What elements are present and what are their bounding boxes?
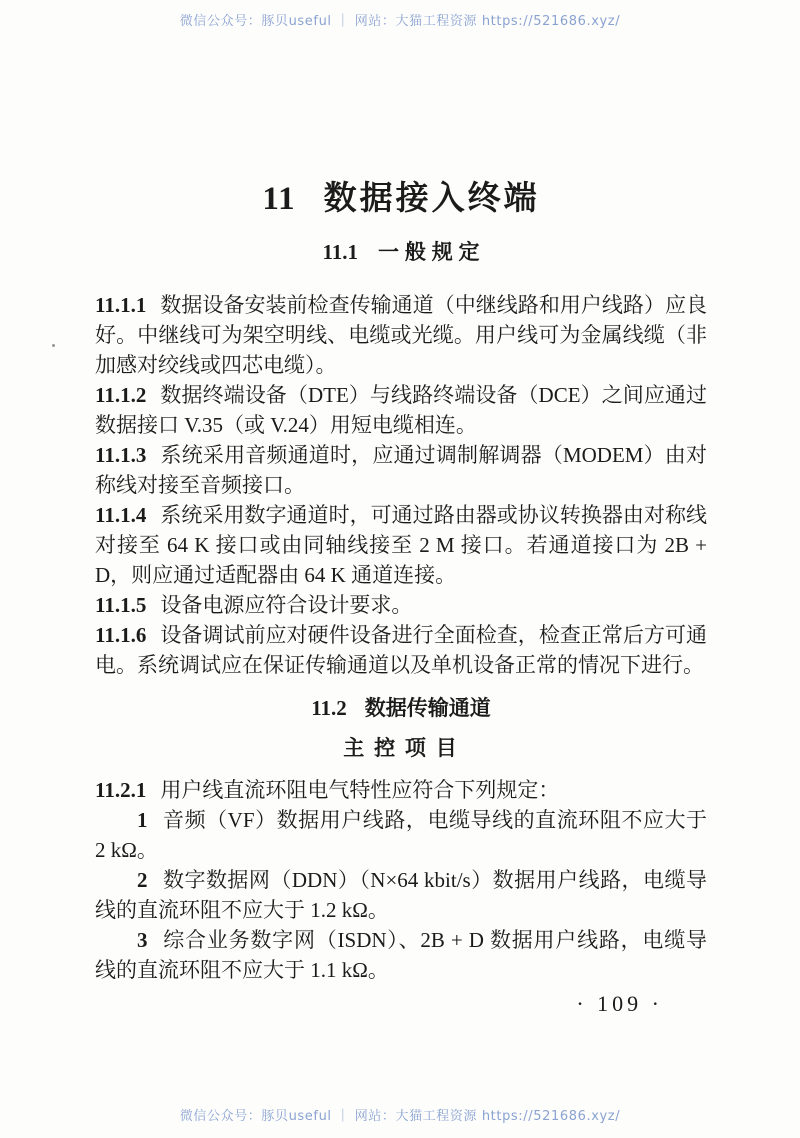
section-number: 11.1 xyxy=(322,240,358,264)
item-number: 1 xyxy=(137,808,148,832)
clause-paragraph: 11.1.6设备调试前应对硬件设备进行全面检查，检查正常后方可通电。系统调试应在… xyxy=(95,620,707,680)
clause-text: 设备电源应符合设计要求。 xyxy=(160,593,412,617)
clause-paragraph: 11.1.1数据设备安装前检查传输通道（中继线路和用户线路）应良好。中继线可为架… xyxy=(95,290,707,380)
page-number: · 109 · xyxy=(95,989,707,1019)
keyword-heading-text: 主 控 项 目 xyxy=(343,737,459,760)
clause-number: 11.1.6 xyxy=(95,623,146,647)
clause-number: 11.1.2 xyxy=(95,383,146,407)
clause-paragraph: 11.1.3系统采用音频通道时，应通过调制解调器（MODEM）由对称线对接至音频… xyxy=(95,440,707,500)
clause-number: 11.2.1 xyxy=(95,778,146,802)
subsection-title: 11.2数据传输通道 xyxy=(95,693,707,724)
clause-paragraph: 11.1.4系统采用数字通道时，可通过路由器或协议转换器由对称线对接至 64 K… xyxy=(95,500,707,590)
section-title-text: 一 般 规 定 xyxy=(378,241,480,264)
clause-text: 数据设备安装前检查传输通道（中继线路和用户线路）应良好。中继线可为架空明线、电缆… xyxy=(95,293,707,377)
clause-number: 11.1.1 xyxy=(95,293,146,317)
chapter-title: 11数据接入终端 xyxy=(95,178,707,219)
clause-paragraph: 11.1.2数据终端设备（DTE）与线路终端设备（DCE）之间应通过数据接口 V… xyxy=(95,380,707,440)
list-item: 3综合业务数字网（ISDN）、2B + D 数据用户线路，电缆导线的直流环阻不应… xyxy=(95,925,707,985)
clause-text: 设备调试前应对硬件设备进行全面检查，检查正常后方可通电。系统调试应在保证传输通道… xyxy=(95,623,707,677)
subsection-number: 11.2 xyxy=(311,696,347,720)
clause-text: 用户线直流环阻电气特性应符合下列规定： xyxy=(160,778,559,802)
page-content: 11数据接入终端 11.1一 般 规 定 11.1.1数据设备安装前检查传输通道… xyxy=(95,0,707,1019)
list-item: 2数字数据网（DDN）（N×64 kbit/s）数据用户线路，电缆导线的直流环阻… xyxy=(95,865,707,925)
clause-number: 11.1.3 xyxy=(95,443,146,467)
subsection-title-text: 数据传输通道 xyxy=(365,697,491,720)
clause-number: 11.1.5 xyxy=(95,593,146,617)
clause-number: 11.1.4 xyxy=(95,503,146,527)
section-title: 11.1一 般 规 定 xyxy=(95,237,707,268)
scan-speck xyxy=(52,344,55,347)
keyword-heading: 主 控 项 目 xyxy=(95,734,707,764)
item-text: 综合业务数字网（ISDN）、2B + D 数据用户线路，电缆导线的直流环阻不应大… xyxy=(95,928,707,982)
watermark-footer: 微信公众号：豚贝useful ｜ 网站：大猫工程资源 https://52168… xyxy=(0,1105,800,1124)
clause-paragraph: 11.1.5设备电源应符合设计要求。 xyxy=(95,590,707,620)
clause-paragraph: 11.2.1用户线直流环阻电气特性应符合下列规定： xyxy=(95,775,707,805)
document-body: 11.1.1数据设备安装前检查传输通道（中继线路和用户线路）应良好。中继线可为架… xyxy=(95,290,707,985)
item-text: 音频（VF）数据用户线路，电缆导线的直流环阻不应大于 2 kΩ。 xyxy=(95,808,707,862)
scanned-document-page: 微信公众号：豚贝useful ｜ 网站：大猫工程资源 https://52168… xyxy=(0,0,800,1138)
list-item: 1音频（VF）数据用户线路，电缆导线的直流环阻不应大于 2 kΩ。 xyxy=(95,805,707,865)
item-text: 数字数据网（DDN）（N×64 kbit/s）数据用户线路，电缆导线的直流环阻不… xyxy=(95,868,707,922)
chapter-title-text: 数据接入终端 xyxy=(324,179,540,216)
clause-text: 系统采用音频通道时，应通过调制解调器（MODEM）由对称线对接至音频接口。 xyxy=(95,443,707,497)
item-number: 2 xyxy=(137,868,148,892)
item-number: 3 xyxy=(137,928,148,952)
clause-text: 系统采用数字通道时，可通过路由器或协议转换器由对称线对接至 64 K 接口或由同… xyxy=(95,503,707,587)
chapter-number: 11 xyxy=(262,181,295,217)
clause-text: 数据终端设备（DTE）与线路终端设备（DCE）之间应通过数据接口 V.35（或 … xyxy=(95,383,707,437)
